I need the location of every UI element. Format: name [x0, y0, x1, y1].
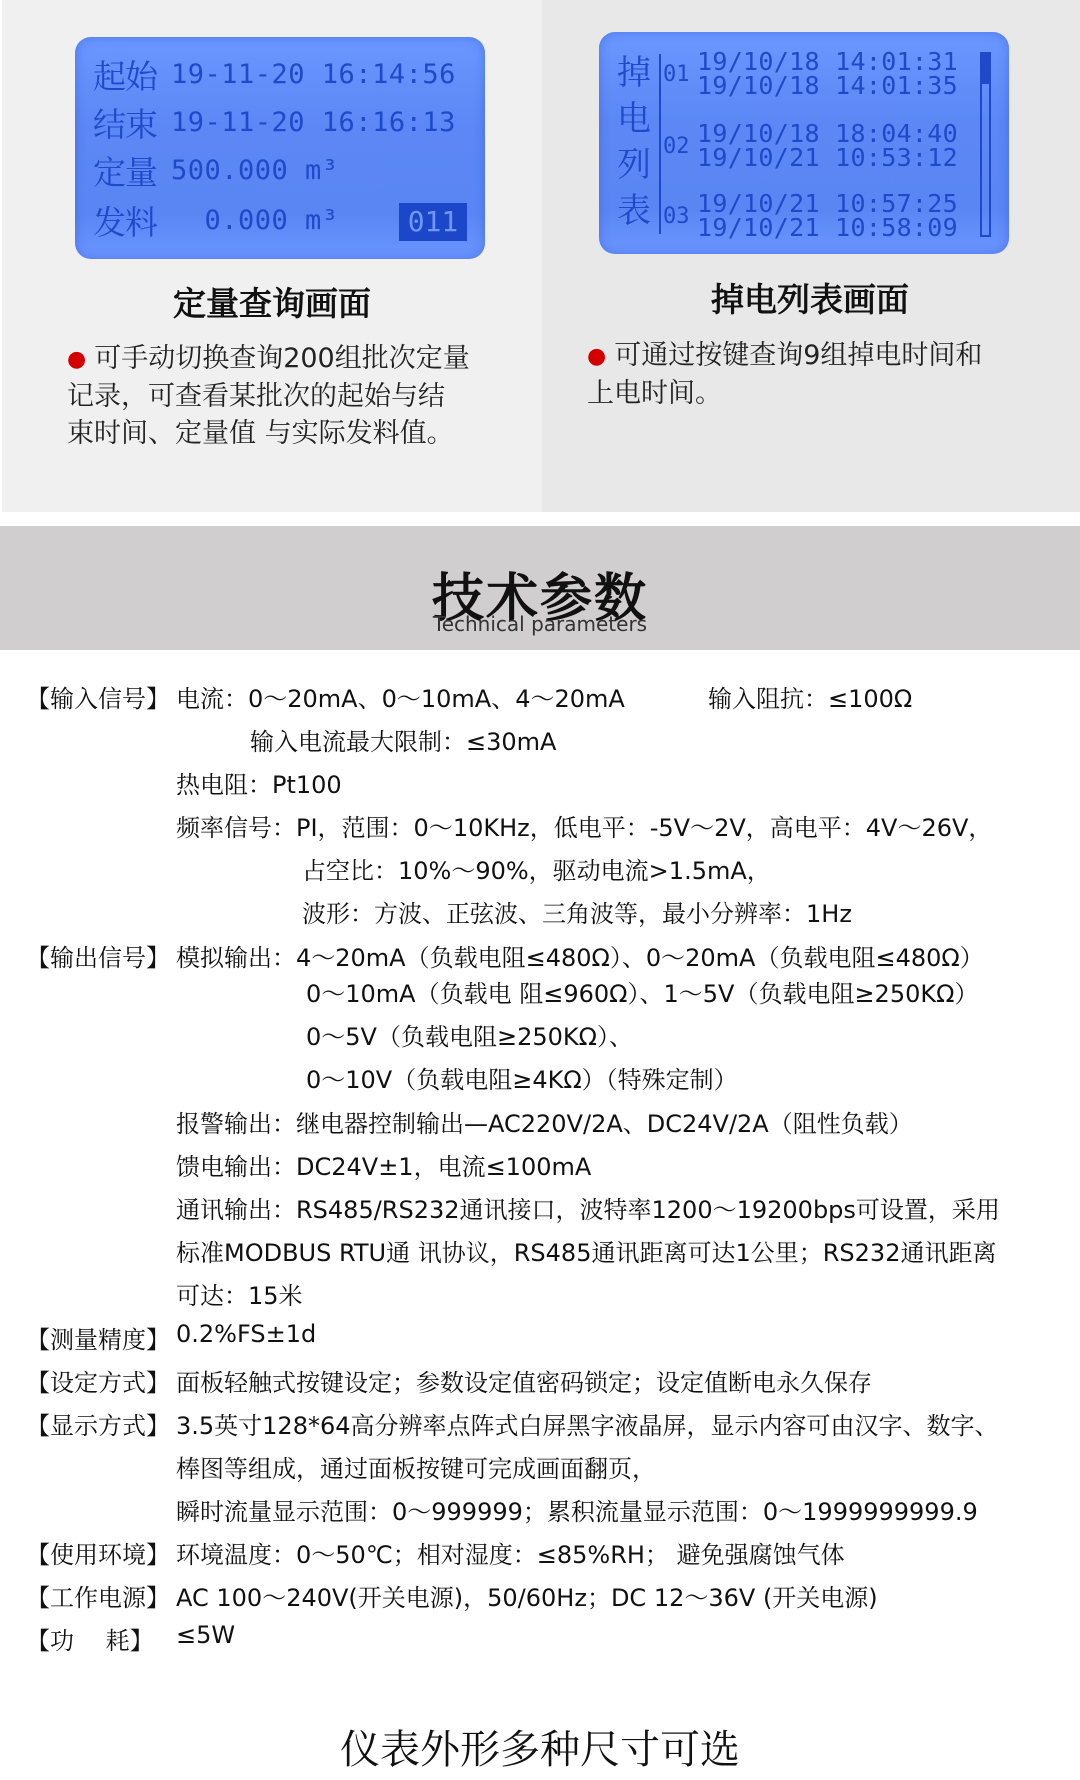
- power-loss-group: 02 19/10/18 18:04:4019/10/21 10:53:12: [663, 122, 958, 170]
- param-line: 热电阻：Pt100: [176, 765, 342, 800]
- param-label-input: 【输入信号】: [26, 679, 170, 714]
- bullet-icon: ●: [587, 344, 606, 369]
- batch-number-badge: 011: [399, 203, 467, 241]
- description-line: ●可手动切换查询200组批次定量: [67, 340, 470, 378]
- param-line: 0～5V（负载电阻≥250KΩ）、: [306, 1017, 633, 1052]
- panel-description: ●可通过按键查询9组掉电时间和 上电时间。: [587, 337, 982, 412]
- param-label-power: 【工作电源】: [26, 1578, 170, 1613]
- param-impedance: 输入阻抗：≤100Ω: [708, 679, 912, 714]
- param-line: 0～10V（负载电阻≥4KΩ）（特殊定制）: [306, 1060, 738, 1095]
- lcd-label: 定量: [93, 147, 171, 194]
- description-line: 上电时间。: [587, 375, 982, 412]
- param-line: 频率信号：PI，范围：0～10KHz，低电平：-5V～2V，高电平：4V～26V…: [176, 808, 992, 843]
- param-value: 面板轻触式按键设定；参数设定值密码锁定；设定值断电永久保存: [176, 1363, 872, 1398]
- param-line: 电流：0～20mA、0～10mA、4～20mA: [176, 679, 625, 714]
- description-line: 记录，可查看某批次的起始与结: [67, 378, 470, 415]
- divider: [659, 54, 661, 234]
- power-loss-group: 01 19/10/18 14:01:3119/10/18 14:01:35: [663, 50, 958, 98]
- lcd-label: 起始: [93, 51, 171, 98]
- lcd-value: 0.000 m³: [171, 205, 339, 236]
- param-value: AC 100～240V(开关电源)，50/60Hz；DC 12～36V (开关电…: [176, 1578, 878, 1613]
- param-label-display: 【显示方式】: [26, 1406, 170, 1441]
- lcd-value: 500.000 m³: [171, 155, 339, 186]
- param-line: 波形：方波、正弦波、三角波等，最小分辨率：1Hz: [302, 894, 852, 929]
- param-line: 馈电输出：DC24V±1，电流≤100mA: [176, 1147, 591, 1182]
- lcd-label: 发料: [93, 197, 171, 244]
- param-line: 通讯输出：RS485/RS232通讯接口，波特率1200～19200bps可设置…: [176, 1190, 1000, 1225]
- lcd-value: 19-11-20 16:16:13: [171, 107, 456, 138]
- param-label-setting: 【设定方式】: [26, 1363, 170, 1398]
- param-line: 输入电流最大限制：≤30mA: [250, 722, 556, 757]
- lcd-scrollbar: [980, 52, 991, 237]
- screen-previews: 起始 19-11-20 16:14:56 结束 19-11-20 16:16:1…: [0, 0, 1080, 512]
- power-loss-group: 03 19/10/21 10:57:2519/10/21 10:58:09: [663, 192, 958, 240]
- lcd-quantity-query: 起始 19-11-20 16:14:56 结束 19-11-20 16:16:1…: [75, 37, 485, 259]
- lcd-row-start: 起始 19-11-20 16:14:56: [93, 51, 456, 98]
- quantity-query-panel: 起始 19-11-20 16:14:56 结束 19-11-20 16:16:1…: [2, 0, 542, 512]
- lcd-row-quantity: 定量 500.000 m³: [93, 147, 339, 194]
- param-value: 0.2%FS±1d: [176, 1320, 316, 1348]
- param-line: 0～10mA（负载电 阻≤960Ω）、1～5V（负载电阻≥250KΩ）: [306, 974, 978, 1009]
- lcd-label: 结束: [93, 99, 171, 146]
- lcd-side-label: 掉 电 列 表: [614, 50, 654, 234]
- param-label-output: 【输出信号】: [26, 938, 170, 973]
- param-line: 可达：15米: [176, 1276, 303, 1311]
- param-label-environment: 【使用环境】: [26, 1535, 170, 1570]
- power-loss-list-panel: 掉 电 列 表 01 19/10/18 14:01:3119/10/18 14:…: [542, 0, 1080, 512]
- param-value: ≤5W: [176, 1621, 235, 1649]
- param-value: 环境温度：0～50℃；相对湿度：≤85%RH； 避免强腐蚀气体: [176, 1535, 845, 1570]
- section-subtitle: Technical parameters: [0, 612, 1080, 636]
- section-header: 技术参数 Technical parameters: [0, 526, 1080, 650]
- bullet-icon: ●: [67, 347, 86, 372]
- param-line: 模拟输出：4～20mA（负载电阻≤480Ω）、0～20mA（负载电阻≤480Ω）: [176, 938, 984, 973]
- panel-description: ●可手动切换查询200组批次定量 记录，可查看某批次的起始与结 束时间、定量值 …: [67, 340, 470, 452]
- lcd-value: 19-11-20 16:14:56: [171, 59, 456, 90]
- lcd-row-end: 结束 19-11-20 16:16:13: [93, 99, 456, 146]
- param-line: 标准MODBUS RTU通 讯协议，RS485通讯距离可达1公里；RS232通讯…: [176, 1233, 996, 1268]
- param-line: 瞬时流量显示范围：0～999999；累积流量显示范围：0～1999999999.…: [176, 1492, 978, 1527]
- param-line: 报警输出：继电器控制输出—AC220V/2A、DC24V/2A（阻性负载）: [176, 1104, 913, 1139]
- param-label-accuracy: 【测量精度】: [26, 1320, 170, 1355]
- param-line: 占空比：10%～90%，驱动电流>1.5mA，: [302, 851, 771, 886]
- panel-title: 定量查询画面: [2, 278, 542, 325]
- description-line: 束时间、定量值 与实际发料值。: [67, 415, 470, 452]
- param-label-consumption: 【功 耗】: [26, 1621, 154, 1656]
- description-line: ●可通过按键查询9组掉电时间和: [587, 337, 982, 375]
- panel-title: 掉电列表画面: [540, 274, 1080, 321]
- lcd-row-dispensed: 发料 0.000 m³: [93, 197, 339, 244]
- footer-title: 仪表外形多种尺寸可选: [0, 1718, 1080, 1775]
- param-line: 3.5英寸128*64高分辨率点阵式白屏黑字液晶屏，显示内容可由汉字、数字、: [176, 1406, 999, 1441]
- param-line: 棒图等组成，通过面板按键可完成画面翻页，: [176, 1449, 656, 1484]
- lcd-power-loss-list: 掉 电 列 表 01 19/10/18 14:01:3119/10/18 14:…: [599, 32, 1009, 254]
